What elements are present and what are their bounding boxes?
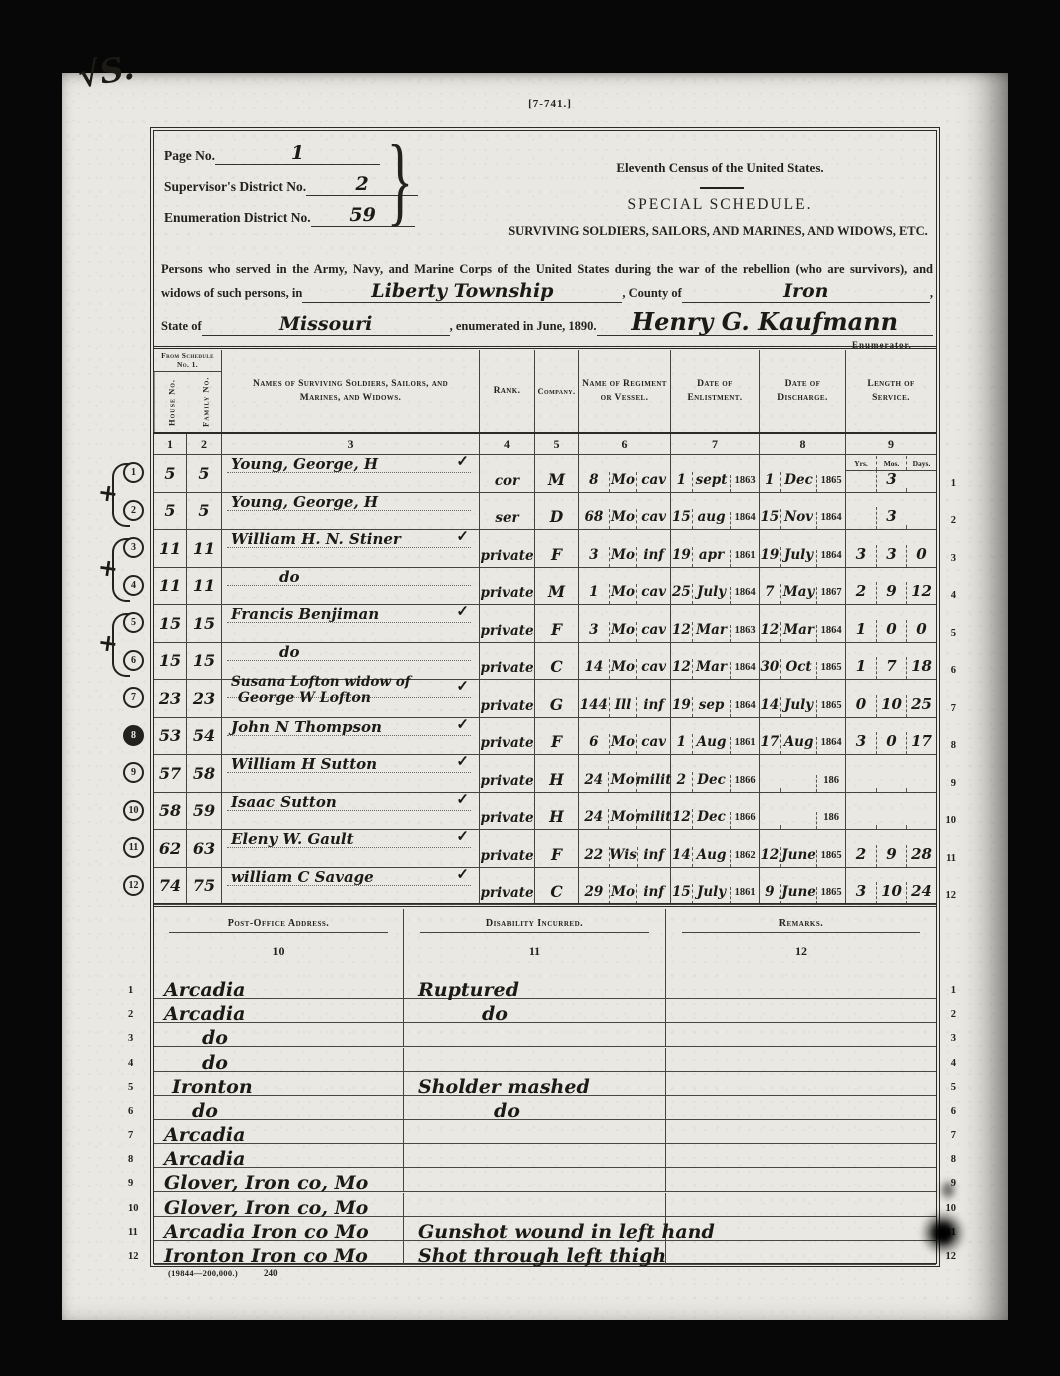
discharge-cell: 186 <box>760 755 846 792</box>
widow-name: Susana Lofton widow of <box>231 674 411 690</box>
regiment-cell: 29Moinf <box>579 868 671 905</box>
row-number-stamp: 7 <box>123 687 144 708</box>
remarks <box>666 999 936 1022</box>
regiment-state: Mo <box>609 659 637 679</box>
rank-cell: private <box>480 530 535 567</box>
supervisor-district-line: Supervisor's District No. 2 <box>164 177 418 196</box>
check-mark: ✓ <box>456 452 469 470</box>
service-months: 10 <box>876 882 906 904</box>
regiment-number: 68 <box>579 509 609 529</box>
soldier-row: 116263Eleny W. Gault✓privateF22Wisinf14A… <box>154 830 936 868</box>
rank-cell: private <box>480 793 535 830</box>
house-no-cell: 62 <box>154 830 187 867</box>
row-number-right: 7 <box>951 1130 956 1141</box>
discharge-month: Nov <box>780 509 817 529</box>
discharge-month: May <box>780 584 817 604</box>
remarks <box>666 1144 936 1167</box>
table-header: From Schedule No. 1. House No. Family No… <box>154 350 936 432</box>
enlist-day: 14 <box>671 847 692 867</box>
regiment-number: 14 <box>579 659 609 679</box>
row-number-left: 12 <box>128 1251 139 1262</box>
remarks <box>666 975 936 998</box>
enlistment-cell: 2Dec1866 <box>671 755 760 792</box>
enlistment-cell: 19apr1861 <box>671 530 760 567</box>
row-number-right: 11 <box>946 853 956 864</box>
service-days <box>906 525 936 529</box>
enlist-day: 2 <box>671 772 692 792</box>
disability-incurred: Sholder mashed <box>404 1072 666 1095</box>
discharge-year: 1864 <box>816 550 845 567</box>
service-months: 3 <box>876 545 906 567</box>
service-years: 3 <box>846 732 876 754</box>
regiment-state: Mo <box>608 772 636 792</box>
yrs-label: Yrs. <box>846 456 876 470</box>
schedule-subtitle: SURVIVING SOLDIERS, SAILORS, AND MARINES… <box>492 224 944 239</box>
address-row: 7Arcadia7 <box>154 1120 936 1144</box>
regiment-cell: 3Moinf <box>579 530 671 567</box>
discharge-day: 9 <box>760 884 780 904</box>
state-value: Missouri <box>269 313 382 335</box>
schedule-note: From Schedule No. 1. <box>154 350 221 372</box>
row-number-stamp: 8 <box>123 725 144 746</box>
soldier-name: Young, George, H <box>231 455 378 473</box>
discharge-month: Aug <box>780 734 817 754</box>
enlistment-cell: 12Mar1864 <box>671 643 760 680</box>
name-cell: William H. N. Stiner✓ <box>222 530 480 567</box>
remarks <box>666 1072 936 1095</box>
enlistment-cell: 12Mar1863 <box>671 605 760 642</box>
service-days <box>906 488 936 492</box>
address-row: 11Arcadia Iron co MoGunshot wound in lef… <box>154 1217 936 1241</box>
house-no-cell: 5 <box>154 493 187 530</box>
column-number-row: 1 2 3 4 5 6 7 8 9 <box>154 432 936 455</box>
service-years: 0 <box>846 695 876 717</box>
discharge-cell: 12June1865 <box>760 830 846 867</box>
row-number-right: 4 <box>951 590 956 601</box>
enlist-month: Mar <box>692 659 731 679</box>
company-cell: G <box>535 680 579 717</box>
col-num-6: 6 <box>579 434 671 454</box>
check-mark: ✓ <box>456 827 469 845</box>
row-number-stamp: 4 <box>123 575 144 596</box>
rank-cell: cor <box>480 455 535 492</box>
enlist-month: Aug <box>692 734 731 754</box>
discharge-cell: 9June1865 <box>760 868 846 905</box>
enlistment-cell: 19sep1864 <box>671 680 760 717</box>
regiment-branch: cav <box>636 584 670 604</box>
ink-blob <box>920 1210 966 1256</box>
regiment-branch: cav <box>636 509 670 529</box>
row-number-left: 2 <box>128 1009 133 1020</box>
discharge-cell: 7May1867 <box>760 568 846 605</box>
discharge-month: Dec <box>780 472 817 492</box>
rank-cell: private <box>480 755 535 792</box>
enlist-year: 1866 <box>730 812 759 829</box>
row-number-right: 6 <box>951 1106 956 1117</box>
schedule-title: SPECIAL SCHEDULE. <box>560 196 880 214</box>
check-mark: ✓ <box>456 752 469 770</box>
enlistment-cell: 15aug1864 <box>671 493 760 530</box>
regiment-cell: 22Wisinf <box>579 830 671 867</box>
remarks <box>666 1241 936 1264</box>
supervisor-label: Supervisor's District No. <box>164 179 306 196</box>
family-no-cell: 11 <box>187 530 222 567</box>
soldier-row: 51515Francis Benjiman✓privateF3Mocav12Ma… <box>154 605 936 643</box>
row-number-right: 8 <box>951 1154 956 1165</box>
soldier-name: George W Lofton <box>238 690 371 706</box>
regiment-cell: 24Momilit <box>579 755 671 792</box>
address-row: 4do4 <box>154 1048 936 1072</box>
soldier-name: John N Thompson <box>231 718 382 736</box>
soldier-row: 127475william C Savage✓privateC29Moinf15… <box>154 868 936 906</box>
row-number-right: 10 <box>946 815 957 826</box>
regiment-cell: 1Mocav <box>579 568 671 605</box>
check-mark: ✓ <box>456 865 469 883</box>
form-print-code: (19844—200,000.) <box>168 1268 238 1278</box>
address-row: 12Ironton Iron co MoShot through left th… <box>154 1241 936 1265</box>
census-title: Eleventh Census of the United States. <box>560 160 880 176</box>
service-months: 9 <box>876 582 906 604</box>
discharge-month: July <box>780 697 817 717</box>
regiment-number: 24 <box>579 809 608 829</box>
regiment-state: Mo <box>609 884 637 904</box>
enlist-day: 12 <box>671 659 692 679</box>
disability-incurred: Gunshot wound in left hand <box>404 1217 666 1240</box>
page-no-line: Page No. 1 <box>164 146 380 165</box>
col-num-3: 3 <box>222 434 480 454</box>
enlist-month: July <box>692 884 731 904</box>
page-no-value: 1 <box>291 142 304 164</box>
discharge-month: Oct <box>780 659 817 679</box>
service-months: 9 <box>876 845 906 867</box>
col-num-2: 2 <box>187 434 222 454</box>
company-cell: M <box>535 568 579 605</box>
regiment-number: 24 <box>579 772 608 792</box>
page-no-rule: 1 <box>215 146 380 165</box>
township-value: Liberty Township <box>361 280 563 302</box>
enlist-day: 12 <box>671 809 692 829</box>
row-number-right: 5 <box>951 628 956 639</box>
family-no-cell: 5 <box>187 455 222 492</box>
service-cell <box>846 755 936 792</box>
soldier-name: Young, George, H <box>231 493 378 511</box>
discharge-month: July <box>780 547 817 567</box>
disability-incurred: do <box>404 999 666 1022</box>
soldier-name: Isaac Sutton <box>231 793 337 811</box>
names-header: Names of Surviving Soldiers, Sailors, an… <box>222 350 480 432</box>
house-no-cell: 23 <box>154 680 187 717</box>
disability-incurred <box>404 1168 666 1191</box>
enumeration-value: 59 <box>349 204 375 226</box>
service-months: 0 <box>876 620 906 642</box>
service-days: 24 <box>906 882 936 904</box>
discharge-cell: 1Dec1865 <box>760 455 846 492</box>
enlist-month: sep <box>692 697 731 717</box>
days-label: Days. <box>906 456 936 470</box>
service-cell: 2912 <box>846 568 936 605</box>
service-cell: 31024 <box>846 868 936 905</box>
enlist-month: apr <box>692 547 731 567</box>
disability-incurred: Shot through left thigh <box>404 1241 666 1264</box>
enlistment-cell: 1Aug1861 <box>671 718 760 755</box>
form-page-code: 240 <box>264 1268 278 1278</box>
discharge-day: 30 <box>760 659 780 679</box>
service-months <box>876 788 906 792</box>
row-number-right: 6 <box>951 665 956 676</box>
service-years <box>846 525 876 529</box>
regiment-number: 1 <box>579 584 609 604</box>
soldier-name: William H. N. Stiner <box>231 530 401 548</box>
trailing-comma: , <box>930 286 933 303</box>
regiment-cell: 24Momilit <box>579 793 671 830</box>
disability-header-cell: Disability Incurred. 11 <box>404 909 666 975</box>
house-no-cell: 5 <box>154 455 187 492</box>
service-months: 3 <box>876 470 906 492</box>
soldier-name: William H Sutton <box>231 755 377 773</box>
header-underline <box>420 932 650 933</box>
check-mark: ✓ <box>456 527 469 545</box>
regiment-state: Mo <box>609 584 637 604</box>
row-number-stamp: 11 <box>123 837 144 858</box>
name-cell: William H Sutton✓ <box>222 755 480 792</box>
service-cell: 1718 <box>846 643 936 680</box>
regiment-branch: milit <box>636 772 670 792</box>
discharge-month: June <box>780 847 817 867</box>
regiment-state: Mo <box>609 734 637 754</box>
regiment-branch: milit <box>636 809 670 829</box>
discharge-year: 1865 <box>816 700 845 717</box>
row-number-right: 1 <box>951 985 956 996</box>
disability-incurred <box>404 1144 666 1167</box>
header-underline <box>169 932 388 933</box>
enlistment-cell: 12Dec1866 <box>671 793 760 830</box>
disability-incurred <box>404 1023 666 1046</box>
regiment-state: Ill <box>609 697 637 717</box>
bottom-header: Post-Office Address. 10 Disability Incur… <box>154 909 936 975</box>
post-office-address: Glover, Iron co, Mo <box>154 1193 404 1216</box>
discharge-cell: 15Nov1864 <box>760 493 846 530</box>
rank-header: Rank. <box>480 350 535 432</box>
family-no-cell: 54 <box>187 718 222 755</box>
regiment-branch: inf <box>636 547 670 567</box>
row-number-right: 5 <box>951 1082 956 1093</box>
family-no-cell: 75 <box>187 868 222 905</box>
header-underline <box>682 932 920 933</box>
service-cell: 100 <box>846 605 936 642</box>
disability-incurred <box>404 1048 666 1071</box>
regiment-cell: 144Illinf <box>579 680 671 717</box>
name-cell: Eleny W. Gault✓ <box>222 830 480 867</box>
discharge-day <box>760 788 780 792</box>
check-mark: ✓ <box>456 715 469 733</box>
table-top-rule <box>154 346 936 349</box>
preamble-line3: State of Missouri , enumerated in June, … <box>161 314 933 336</box>
remarks <box>666 1023 936 1046</box>
rank-cell: private <box>480 568 535 605</box>
discharge-cell: 19July1864 <box>760 530 846 567</box>
family-no-cell: 15 <box>187 643 222 680</box>
regiment-number: 144 <box>579 697 609 717</box>
enlist-year: 1866 <box>730 775 759 792</box>
mos-label: Mos. <box>876 456 906 470</box>
disability-incurred: Ruptured <box>404 975 666 998</box>
rank-cell: private <box>480 868 535 905</box>
row-number-stamp: 2 <box>123 500 144 521</box>
enlist-day: 12 <box>671 622 692 642</box>
row-number-stamp: 1 <box>123 462 144 483</box>
row-number-right: 7 <box>951 703 956 714</box>
vertical-labels: House No. Family No. <box>154 372 221 432</box>
enlist-month: aug <box>692 509 731 529</box>
address-row: 1ArcadiaRuptured1 <box>154 975 936 999</box>
house-no-header: House No. <box>154 372 189 432</box>
discharge-month: June <box>780 884 817 904</box>
discharge-cell: 17Aug1864 <box>760 718 846 755</box>
service-years: 1 <box>846 657 876 679</box>
row-number-right: 1 <box>951 478 956 489</box>
discharge-day: 7 <box>760 584 780 604</box>
regiment-state: Mo <box>609 509 637 529</box>
row-number-right: 2 <box>951 515 956 526</box>
discharge-cell: 186 <box>760 793 846 830</box>
post-office-address: do <box>154 1048 404 1071</box>
discharge-day: 15 <box>760 509 780 529</box>
row-number-stamp: 6 <box>123 650 144 671</box>
company-cell: D <box>535 493 579 530</box>
service-days: 0 <box>906 545 936 567</box>
company-cell: F <box>535 530 579 567</box>
row-number-left: 9 <box>128 1178 133 1189</box>
family-no-cell: 5 <box>187 493 222 530</box>
service-cell: 3017 <box>846 718 936 755</box>
discharge-year: 1865 <box>816 475 845 492</box>
enlist-day: 1 <box>671 734 692 754</box>
regiment-branch: inf <box>636 697 670 717</box>
disability-header: Disability Incurred. <box>486 918 583 929</box>
house-no-cell: 15 <box>154 643 187 680</box>
discharge-year: 186 <box>816 775 845 792</box>
house-no-cell: 53 <box>154 718 187 755</box>
schedule-note-cell: From Schedule No. 1. House No. Family No… <box>154 350 222 432</box>
regiment-state: Mo <box>609 472 637 492</box>
service-years: 1 <box>846 620 876 642</box>
row-number-right: 8 <box>951 740 956 751</box>
house-no-cell: 15 <box>154 605 187 642</box>
address-row: 10Glover, Iron co, Mo10 <box>154 1193 936 1217</box>
enlistment-cell: 15July1861 <box>671 868 760 905</box>
preamble-line2: widows of such persons, in Liberty Towns… <box>161 284 933 303</box>
enlist-month: July <box>692 584 731 604</box>
post-office-address: Arcadia Iron co Mo <box>154 1217 404 1240</box>
regiment-branch: cav <box>636 659 670 679</box>
rank-cell: private <box>480 643 535 680</box>
enlist-month: Dec <box>692 809 731 829</box>
family-no-cell: 15 <box>187 605 222 642</box>
soldier-row: 155Young, George, H✓corM8Mocav1sept18631… <box>154 455 936 493</box>
soldier-row: 255Young, George, HserD68Mocav15aug18641… <box>154 493 936 531</box>
name-cell: Young, George, H✓ <box>222 455 480 492</box>
post-office-address: Glover, Iron co, Mo <box>154 1168 404 1191</box>
service-days: 0 <box>906 620 936 642</box>
col-num-4: 4 <box>480 434 535 454</box>
signature-rule: Henry G. Kaufmann <box>597 314 934 336</box>
enumeration-label: Enumeration District No. <box>164 210 311 227</box>
service-days: 12 <box>906 582 936 604</box>
name-cell: Young, George, H <box>222 493 480 530</box>
page-no-label: Page No. <box>164 148 215 165</box>
regiment-number: 6 <box>579 734 609 754</box>
address-row: 5IrontonSholder mashed5 <box>154 1072 936 1096</box>
regiment-cell: 6Mocav <box>579 718 671 755</box>
soldier-row: 72323Susana Lofton widow ofGeorge W Loft… <box>154 680 936 718</box>
regiment-state: Wis <box>609 847 637 867</box>
soldier-name: william C Savage <box>231 868 374 886</box>
soldier-name: Eleny W. Gault <box>231 830 354 848</box>
name-cell: Isaac Sutton✓ <box>222 793 480 830</box>
service-cell: 2928 <box>846 830 936 867</box>
col-num-11: 11 <box>529 944 540 959</box>
discharge-day: 1 <box>760 472 780 492</box>
discharge-month <box>780 788 817 792</box>
discharge-year: 1865 <box>816 662 845 679</box>
address-row: 9Glover, Iron co, Mo9 <box>154 1168 936 1192</box>
house-no-cell: 11 <box>154 568 187 605</box>
name-cell: John N Thompson✓ <box>222 718 480 755</box>
col-num-12: 12 <box>795 944 807 959</box>
company-cell: H <box>535 755 579 792</box>
regiment-state: Mo <box>609 547 637 567</box>
enlist-year: 1864 <box>730 512 759 529</box>
post-office-address: Ironton <box>154 1072 404 1095</box>
service-years <box>846 488 876 492</box>
discharge-cell: 30Oct1865 <box>760 643 846 680</box>
district-brace: } <box>387 134 413 226</box>
row-number-right: 9 <box>951 778 956 789</box>
enlist-year: 1861 <box>730 887 759 904</box>
post-office-address: Arcadia <box>154 999 404 1022</box>
name-cell: william C Savage✓ <box>222 868 480 905</box>
regiment-header: Name of Regiment or Vessel. <box>579 350 671 432</box>
service-cell: 330 <box>846 530 936 567</box>
soldier-name: Francis Benjiman <box>231 605 379 623</box>
row-number-left: 3 <box>128 1033 133 1044</box>
disability-incurred <box>404 1120 666 1143</box>
col-num-1: 1 <box>154 434 187 454</box>
enlist-year: 1864 <box>730 587 759 604</box>
address-header-cell: Post-Office Address. 10 <box>154 909 404 975</box>
remarks <box>666 1168 936 1191</box>
col-num-9: 9 <box>846 434 936 454</box>
row-number-left: 1 <box>128 985 133 996</box>
enlist-day: 15 <box>671 509 692 529</box>
service-subheader: Yrs. Mos. Days. <box>846 456 936 471</box>
enlistment-cell: 1sept1863 <box>671 455 760 492</box>
regiment-number: 29 <box>579 884 609 904</box>
service-years: 2 <box>846 582 876 604</box>
state-rule: Missouri <box>202 317 450 336</box>
company-cell: F <box>535 718 579 755</box>
row-number-right: 3 <box>951 553 956 564</box>
regiment-cell: 68Mocav <box>579 493 671 530</box>
regiment-cell: 8Mocav <box>579 455 671 492</box>
row-number-left: 8 <box>128 1154 133 1165</box>
service-days <box>906 825 936 829</box>
form-number: [7-741.] <box>505 98 595 110</box>
company-cell: H <box>535 793 579 830</box>
service-years: 3 <box>846 545 876 567</box>
service-months: 10 <box>876 695 906 717</box>
soldier-row: 105859Isaac Sutton✓privateH24Momilit12De… <box>154 793 936 831</box>
